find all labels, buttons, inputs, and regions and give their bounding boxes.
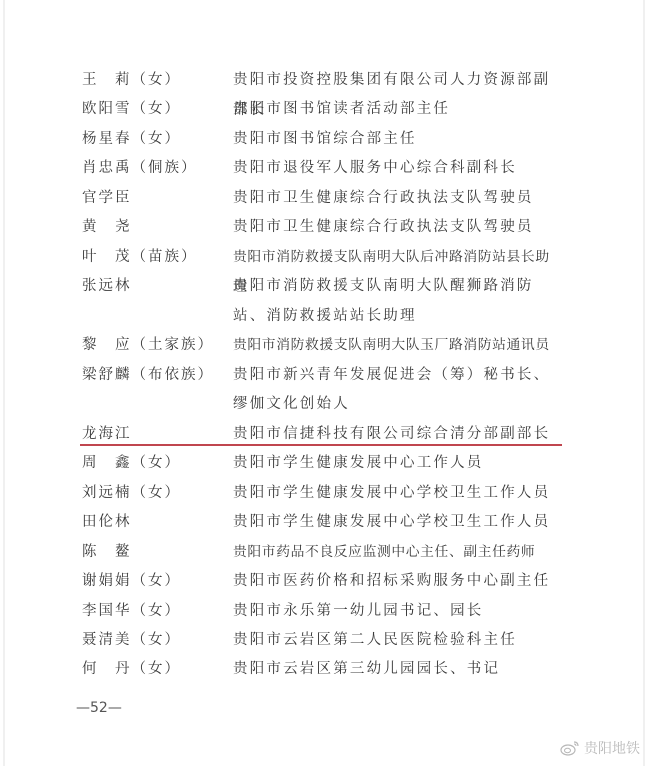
- person-name: 杨星春（女）: [82, 125, 181, 155]
- person-name: 黎 应（土家族）: [82, 331, 214, 361]
- red-underline: [80, 444, 562, 446]
- person-name: 陈 鳌: [82, 538, 132, 568]
- person-position: 贵阳市云岩区第二人民医院检验科主任: [233, 626, 563, 656]
- watermark: 贵阳地铁: [560, 738, 640, 758]
- person-name: 欧阳雪（女）: [82, 95, 181, 125]
- person-position: 贵阳市退役军人服务中心综合科副科长: [233, 154, 563, 184]
- person-position: 贵阳市云岩区第三幼儿园园长、书记: [233, 655, 563, 685]
- person-position: 贵阳市图书馆读者活动部主任: [233, 95, 563, 125]
- person-name: 何 丹（女）: [82, 655, 181, 685]
- person-position: 贵阳市卫生健康综合行政执法支队驾驶员: [233, 213, 563, 243]
- person-position: 贵阳市永乐第一幼儿园书记、园长: [233, 597, 563, 627]
- person-position: 贵阳市学生健康发展中心工作人员: [233, 449, 563, 479]
- person-name: 张远林: [82, 272, 132, 302]
- person-name: 梁舒麟（布依族）: [82, 361, 214, 391]
- person-name: 聂清美（女）: [82, 626, 181, 656]
- person-name: 周 鑫（女）: [82, 449, 181, 479]
- watermark-text: 贵阳地铁: [584, 738, 640, 758]
- person-position: 贵阳市药品不良反应监测中心主任、副主任药师: [233, 538, 563, 568]
- person-name: 谢娟娟（女）: [82, 567, 181, 597]
- person-name: 肖忠禹（侗族）: [82, 154, 198, 184]
- person-name: 刘远楠（女）: [82, 479, 181, 509]
- person-position: 贵阳市消防救援支队南明大队玉厂路消防站通讯员: [233, 331, 563, 361]
- page-edge-left: [3, 0, 5, 766]
- person-position: 贵阳市学生健康发展中心学校卫生工作人员: [233, 508, 563, 538]
- person-name: 李国华（女）: [82, 597, 181, 627]
- person-name: 田伦林: [82, 508, 132, 538]
- person-position-line-2: 缪伽文化创始人: [233, 390, 563, 420]
- person-name: 官学臣: [82, 184, 132, 214]
- person-position: 贵阳市医药价格和招标采购服务中心副主任: [233, 567, 563, 597]
- person-position: 贵阳市消防救援支队南明大队醒狮路消防: [233, 272, 563, 302]
- person-position-line-2: 站、消防救援站站长助理: [233, 302, 563, 332]
- person-position: 贵阳市图书馆综合部主任: [233, 125, 563, 155]
- person-name: 黄 尧: [82, 213, 132, 243]
- person-position: 贵阳市新兴青年发展促进会（筹）秘书长、: [233, 361, 563, 391]
- person-name: 叶 茂（苗族）: [82, 243, 198, 273]
- weibo-icon: [560, 740, 580, 756]
- page-number: —52—: [76, 700, 122, 716]
- page-edge-right: [643, 0, 645, 766]
- person-position: 贵阳市学生健康发展中心学校卫生工作人员: [233, 479, 563, 509]
- person-name: 王 莉（女）: [82, 66, 181, 96]
- person-position: 贵阳市卫生健康综合行政执法支队驾驶员: [233, 184, 563, 214]
